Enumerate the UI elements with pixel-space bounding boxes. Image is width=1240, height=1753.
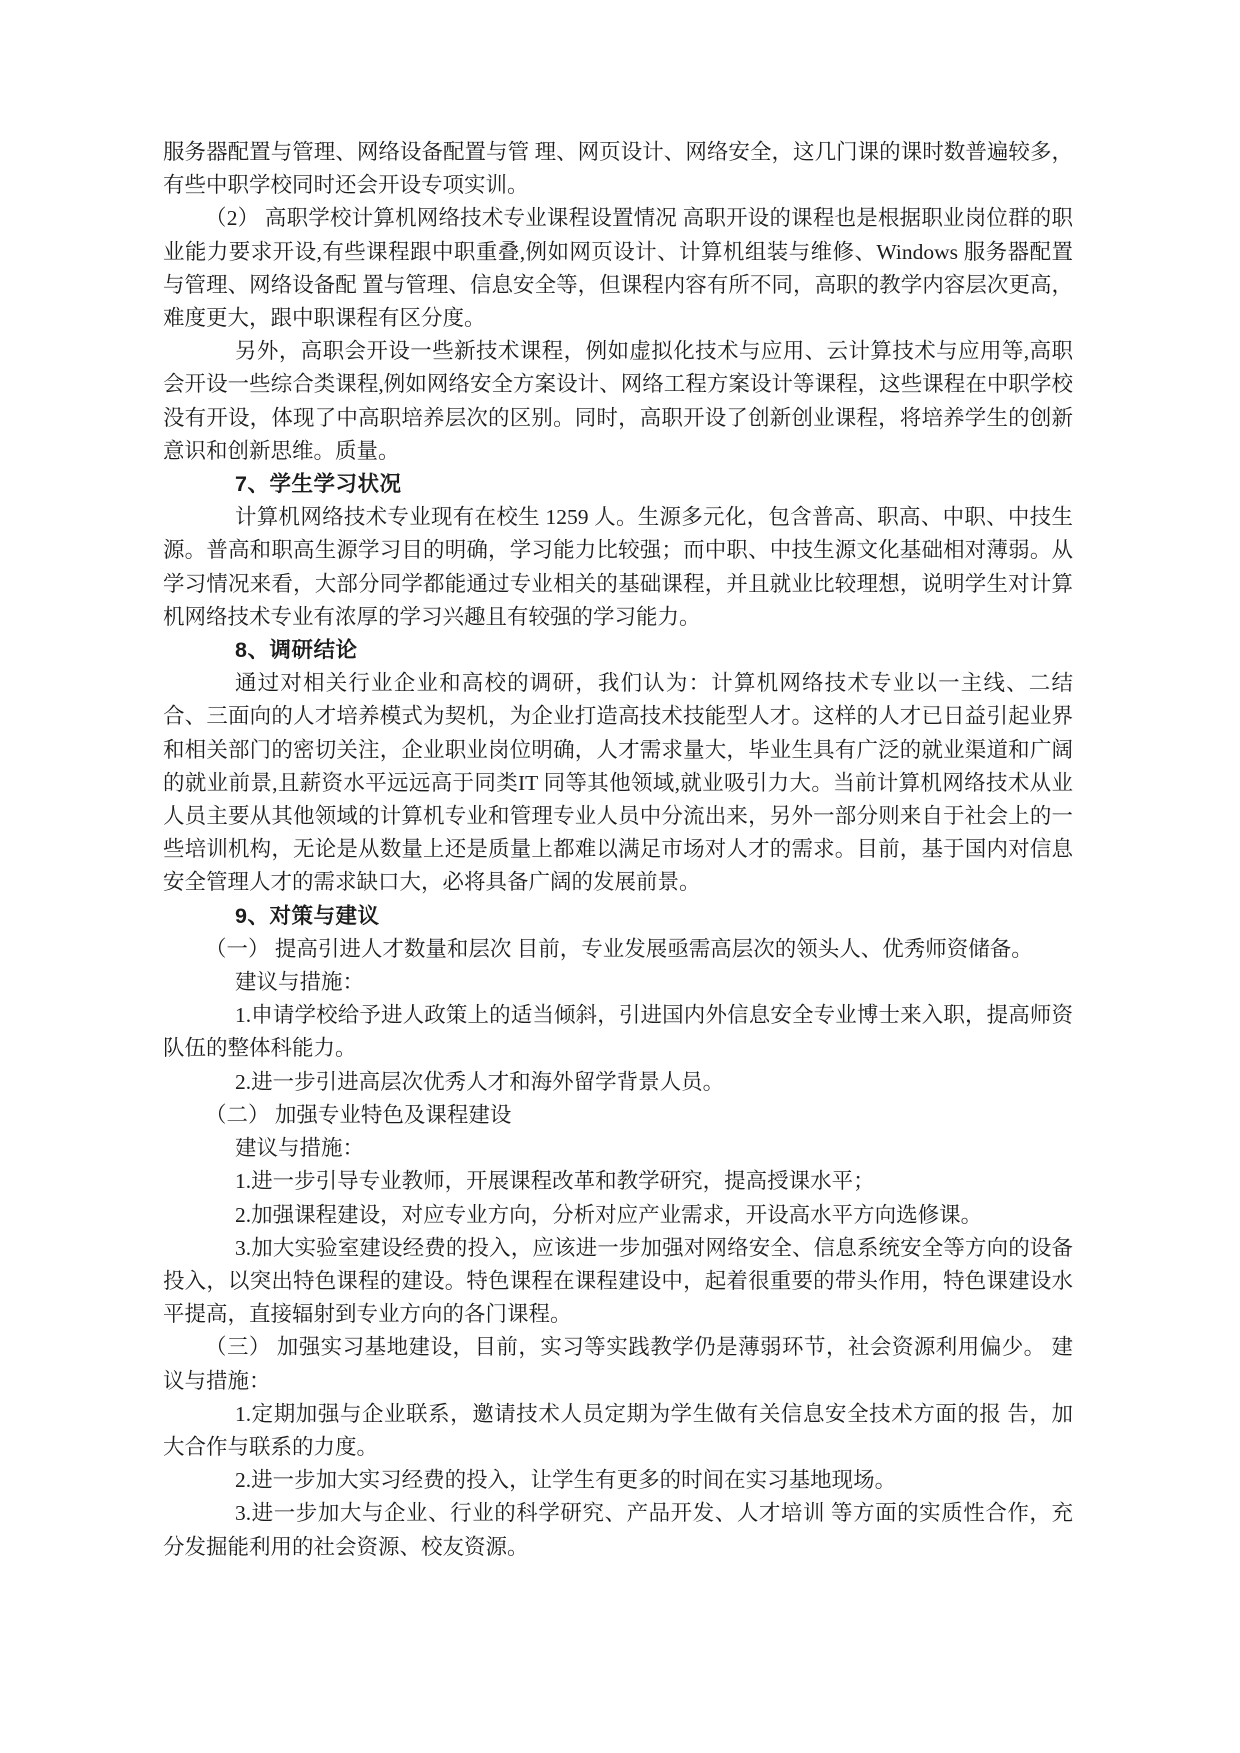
paragraph: 2.加强课程建设，对应专业方向，分析对应产业需求，开设高水平方向选修课。 [163, 1199, 1073, 1232]
paragraph: 2.进一步引进高层次优秀人才和海外留学背景人员。 [163, 1066, 1073, 1099]
paragraph: 服务器配置与管理、网络设备配置与管 理、网页设计、网络安全，这几门课的课时数普遍… [163, 136, 1073, 202]
paragraph: 3.加大实验室建设经费的投入，应该进一步加强对网络安全、信息系统安全等方向的设备… [163, 1232, 1073, 1332]
section-heading: 7、学生学习状况 [163, 468, 1073, 501]
paragraph: （二） 加强专业特色及课程建设 [163, 1099, 1073, 1132]
paragraph: 1.申请学校给予进人政策上的适当倾斜，引进国内外信息安全专业博士来入职，提高师资… [163, 999, 1073, 1065]
paragraph: 通过对相关行业企业和高校的调研，我们认为：计算机网络技术专业以一主线、二结合、三… [163, 667, 1073, 899]
paragraph: 3.进一步加大与企业、行业的科学研究、产品开发、人才培训 等方面的实质性合作，充… [163, 1497, 1073, 1563]
paragraph: 1.定期加强与企业联系，邀请技术人员定期为学生做有关信息安全技术方面的报 告，加… [163, 1398, 1073, 1464]
paragraph: （三） 加强实习基地建设，目前，实习等实践教学仍是薄弱环节，社会资源利用偏少。 … [163, 1331, 1073, 1397]
section-heading: 9、对策与建议 [163, 900, 1073, 933]
paragraph: 建议与措施： [163, 1132, 1073, 1165]
paragraph: 2.进一步加大实习经费的投入，让学生有更多的时间在实习基地现场。 [163, 1464, 1073, 1497]
paragraph: 建议与措施： [163, 966, 1073, 999]
section-heading: 8、调研结论 [163, 634, 1073, 667]
paragraph: 另外，高职会开设一些新技术课程，例如虚拟化技术与应用、云计算技术与应用等,高职会… [163, 335, 1073, 468]
paragraph: （2） 高职学校计算机网络技术专业课程设置情况 高职开设的课程也是根据职业岗位群… [163, 202, 1073, 335]
paragraph: 计算机网络技术专业现有在校生 1259 人。生源多元化，包含普高、职高、中职、中… [163, 501, 1073, 634]
paragraph: 1.进一步引导专业教师，开展课程改革和教学研究，提高授课水平； [163, 1165, 1073, 1198]
document-page: 服务器配置与管理、网络设备配置与管 理、网页设计、网络安全，这几门课的课时数普遍… [0, 0, 1240, 1753]
paragraph: （一） 提高引进人才数量和层次 目前，专业发展亟需高层次的领头人、优秀师资储备。 [163, 933, 1073, 966]
